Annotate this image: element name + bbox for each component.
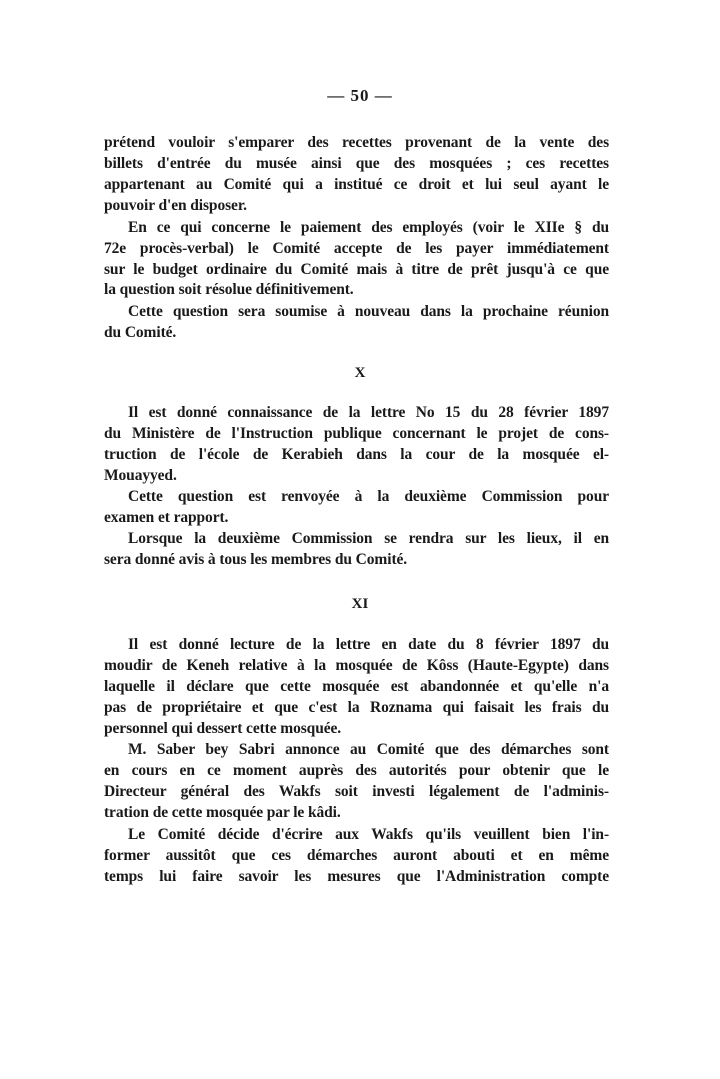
text-line: la question soit résolue définitivement. <box>104 279 609 300</box>
text-line: personnel qui dessert cette mosquée. <box>104 718 609 739</box>
text-line: 72e procès-verbal) le Comité accepte de … <box>104 238 609 259</box>
section-heading: X <box>0 365 720 382</box>
text-line: examen et rapport. <box>104 507 609 528</box>
text-line: Cette question sera soumise à nouveau da… <box>128 301 609 322</box>
text-line: billets d'entrée du musée ainsi que des … <box>104 153 609 174</box>
text-line: sur le budget ordinaire du Comité mais à… <box>104 259 609 280</box>
text-line: appartenant au Comité qui a institué ce … <box>104 174 609 195</box>
text-line: truction de l'école de Kerabieh dans la … <box>104 444 609 465</box>
text-line: moudir de Keneh relative à la mosquée de… <box>104 655 609 676</box>
text-line: Mouayyed. <box>104 465 609 486</box>
text-line: prétend vouloir s'emparer des recettes p… <box>104 132 609 153</box>
page-number: — 50 — <box>0 86 720 106</box>
text-line: sera donné avis à tous les membres du Co… <box>104 549 609 570</box>
section-heading: XI <box>0 596 720 613</box>
text-line: Lorsque la deuxième Commission se rendra… <box>128 528 609 549</box>
text-line: en cours en ce moment auprès des autorit… <box>104 760 609 781</box>
text-line: du Ministère de l'Instruction publique c… <box>104 423 609 444</box>
text-line: du Comité. <box>104 322 609 343</box>
text-line: pouvoir d'en disposer. <box>104 195 609 216</box>
text-line: tration de cette mosquée par le kâdi. <box>104 802 609 823</box>
text-line: En ce qui concerne le paiement des emplo… <box>128 217 609 238</box>
text-line: Il est donné lecture de la lettre en dat… <box>128 634 609 655</box>
text-line: pas de propriétaire et que c'est la Rozn… <box>104 697 609 718</box>
text-line: Cette question est renvoyée à la deuxièm… <box>128 486 609 507</box>
text-line: Directeur général des Wakfs soit investi… <box>104 781 609 802</box>
text-line: laquelle il déclare que cette mosquée es… <box>104 676 609 697</box>
text-line: M. Saber bey Sabri annonce au Comité que… <box>128 739 609 760</box>
text-line: Le Comité décide d'écrire aux Wakfs qu'i… <box>128 824 609 845</box>
text-line: temps lui faire savoir les mesures que l… <box>104 866 609 887</box>
text-line: Il est donné connaissance de la lettre N… <box>128 402 609 423</box>
document-page: — 50 — prétend vouloir s'emparer des rec… <box>0 0 720 1079</box>
text-line: former aussitôt que ces démarches auront… <box>104 845 609 866</box>
